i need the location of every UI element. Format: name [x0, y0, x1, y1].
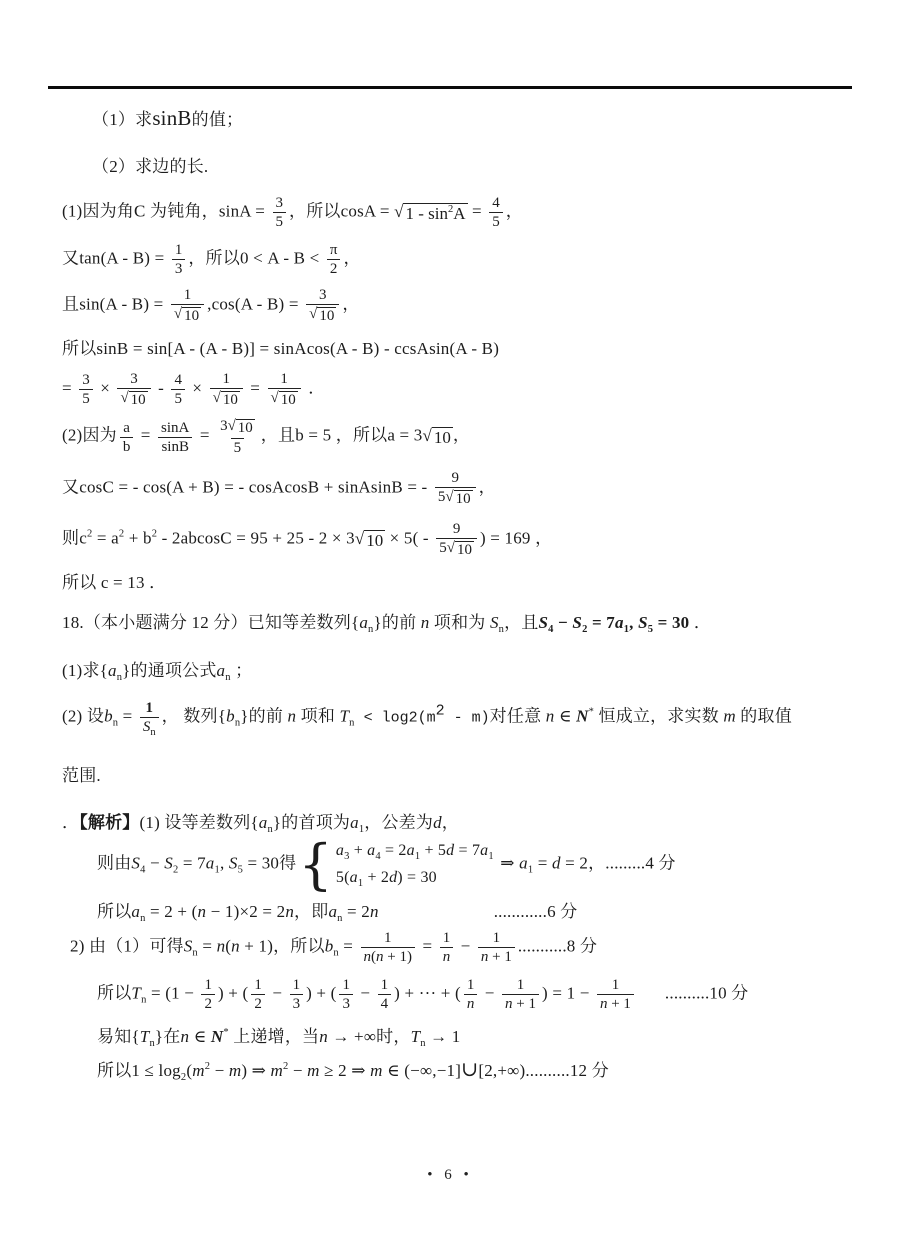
math-text: + 1	[607, 996, 630, 1012]
math-text: π	[330, 242, 338, 258]
math-text: n	[376, 949, 384, 965]
math-text: = 2 + (	[146, 902, 198, 921]
sqrt-radical: 10	[309, 307, 336, 325]
math-text: =	[339, 937, 358, 956]
fraction-numerator: π	[327, 241, 341, 259]
math-text: ，所以	[336, 426, 388, 445]
math-text: 1	[517, 977, 525, 993]
math-text: 5	[174, 391, 182, 407]
fraction: 1n	[464, 976, 478, 1013]
math-text: ，	[531, 529, 553, 548]
math-text: a	[206, 854, 215, 873]
math-text: ,	[220, 854, 229, 873]
math-text: sinB	[161, 439, 189, 455]
math-text: cosA =	[341, 202, 395, 221]
math-text: = 2	[561, 854, 588, 873]
math-text: ) + (	[306, 984, 336, 1003]
fraction: 45	[489, 194, 503, 231]
math-text: =	[246, 379, 265, 398]
math-text: ，即	[294, 902, 328, 921]
math-text: ，	[506, 202, 523, 221]
math-text: ，.........4 分	[588, 854, 676, 873]
math-text: n	[443, 949, 451, 965]
math-text: ，	[342, 295, 359, 314]
fraction-numerator: 1	[277, 370, 291, 388]
math-text: 1	[612, 977, 620, 993]
fraction: 110	[171, 286, 204, 325]
fraction-denominator: 510	[436, 538, 477, 559]
fraction-numerator: 9	[448, 469, 462, 487]
q17-solution-line-7: 又cosC = - cos(A + B) = - cosAcosB + sinA…	[62, 467, 842, 510]
math-text: ) + (	[218, 984, 248, 1003]
math-text: = 7	[588, 613, 616, 632]
fraction: 1Sn	[140, 699, 159, 736]
q17-solution-line-9: 所以 c = 13 ．	[62, 571, 842, 595]
math-text: ) = 1 −	[542, 984, 594, 1003]
math-text: ..........12 分	[525, 1061, 609, 1080]
math-text: ∪	[461, 1059, 478, 1081]
fraction-denominator: n	[440, 947, 454, 966]
math-text: a	[328, 902, 337, 921]
math-text: =	[468, 202, 487, 221]
math-text: m	[370, 1061, 382, 1080]
document-page: （1）求sinB的值；（2）求边的长.(1)因为角C 为钝角，sinA = 35…	[0, 0, 900, 1246]
math-text: −	[480, 984, 499, 1003]
math-text: (1)	[62, 661, 82, 680]
fraction-numerator: 4	[489, 194, 503, 212]
math-text: + 2	[363, 869, 389, 886]
math-text: 0 < A - B <	[240, 249, 324, 268]
math-text: c	[79, 529, 87, 548]
math-text: n	[467, 996, 475, 1012]
math-text: 1	[280, 371, 288, 387]
math-text: 10	[184, 308, 199, 324]
math-text: ≥ 2 ⇒	[320, 1061, 370, 1080]
fraction-denominator: 5	[273, 212, 287, 231]
math-text: ) = 169	[480, 529, 531, 548]
math-text: + 1)	[240, 937, 273, 956]
fraction-numerator: 1	[181, 286, 195, 304]
fraction: 9510	[436, 520, 477, 559]
math-text: a	[217, 661, 226, 680]
fraction: 35	[273, 194, 287, 231]
math-text: ， 数列	[162, 706, 218, 725]
math-text: a	[336, 842, 344, 859]
math-text: S	[638, 613, 648, 632]
math-text: a	[350, 869, 358, 886]
radicand: 10	[236, 419, 255, 437]
math-text: ∈	[189, 1027, 211, 1046]
fraction: 3105	[217, 417, 258, 456]
fraction: 1n + 1	[502, 976, 539, 1013]
math-text: 则由	[97, 854, 131, 873]
sqrt-radical: 10	[228, 419, 255, 437]
math-text: 4	[381, 996, 389, 1012]
math-text: （2）求边的长.	[92, 157, 208, 176]
fraction-denominator: n + 1	[478, 947, 515, 966]
math-text: 5	[82, 391, 90, 407]
math-text: (2)	[62, 706, 87, 725]
math-text: + 1)	[384, 949, 412, 965]
fraction-numerator: 3	[79, 371, 93, 389]
math-text: 1	[175, 242, 183, 258]
math-text: ) + ··· + (	[394, 984, 461, 1003]
math-text: 3	[293, 996, 301, 1012]
sqrt-radical: 10	[213, 391, 240, 409]
math-text: 3	[276, 195, 284, 211]
math-text: n	[370, 902, 379, 921]
q18-analysis-step-3: 2) 由（1）可得Sn = n(n + 1)，所以bn = 1n(n + 1) …	[62, 927, 842, 968]
math-text: 1	[222, 371, 230, 387]
math-text: + b	[124, 529, 151, 548]
page-number: • 6 •	[0, 1167, 900, 1184]
fraction-denominator: 5	[171, 389, 185, 408]
math-text: n	[231, 937, 240, 956]
math-text: =	[198, 937, 217, 956]
radicand: 10	[454, 490, 473, 508]
fraction-denominator: 3	[172, 259, 186, 278]
math-text: 1	[204, 977, 212, 993]
math-text: N	[576, 706, 588, 725]
math-text: 所以	[62, 339, 96, 358]
math-text: m	[192, 1061, 204, 1080]
math-text: (1)	[62, 202, 82, 221]
math-text: 则	[62, 529, 79, 548]
subscript: 1	[488, 851, 493, 862]
math-text: 1	[254, 977, 262, 993]
math-text: 上递增，当	[229, 1027, 319, 1046]
sqrt-radical: 10	[447, 541, 474, 559]
q17-sub-question-2: （2）求边的长.	[62, 155, 842, 179]
math-text: − 1)×2 = 2	[206, 902, 285, 921]
math-text: = (1 −	[147, 984, 199, 1003]
fraction-numerator: 1	[219, 370, 233, 388]
radicand: 1 - sin2A	[403, 203, 467, 224]
math-text: ．	[304, 379, 326, 398]
math-text: ) = 30	[397, 869, 437, 886]
math-text: ×	[188, 379, 207, 398]
math-text: 5	[234, 440, 242, 456]
math-text: 18.	[62, 613, 84, 632]
math-text: T	[340, 706, 350, 725]
cases-row: 5(a1 + 2d) = 30	[336, 867, 494, 889]
math-text: 的首项为	[281, 813, 350, 832]
fraction-denominator: n + 1	[502, 994, 539, 1013]
math-text: −	[288, 1061, 307, 1080]
q18-analysis-heading: ．【解析】(1) 设等差数列{an}的首项为a1，公差为d，	[62, 811, 842, 835]
sqrt-radical: 10	[355, 530, 385, 551]
math-text: ×	[96, 379, 115, 398]
sqrt-radical: 10	[445, 490, 472, 508]
math-text: ，所以	[289, 202, 341, 221]
math-text: m	[723, 706, 735, 725]
math-text: S	[572, 613, 582, 632]
q18-stem: 18.（本小题满分 12 分）已知等差数列{an}的前 n 项和为 Sn，且S4…	[62, 611, 842, 635]
math-text: =	[136, 426, 155, 445]
fraction-denominator: sinB	[158, 437, 192, 456]
math-text: ．	[689, 613, 711, 632]
math-text: 的取值	[736, 706, 792, 725]
fraction-denominator: n	[464, 994, 478, 1013]
math-text: +	[350, 842, 368, 859]
fraction-numerator: 1	[290, 976, 304, 994]
math-text: ，且	[504, 613, 538, 632]
fraction-denominator: 10	[306, 304, 339, 325]
fraction: 12	[251, 976, 265, 1013]
math-text: + 1	[513, 996, 536, 1012]
math-text: 10	[366, 531, 383, 550]
math-text: n	[180, 1027, 189, 1046]
fraction: 14	[378, 976, 392, 1013]
q17-sub-question-1: （1）求sinB的值；	[62, 104, 842, 133]
math-text: 为钝角，	[150, 202, 219, 221]
math-text: 1 ≤ log	[131, 1061, 180, 1080]
math-text: 9	[453, 521, 461, 537]
math-text: 10	[319, 308, 334, 324]
math-text: 1	[443, 930, 451, 946]
fraction-numerator: a	[120, 419, 133, 437]
math-text: 的通项公式	[131, 661, 217, 680]
math-text: a	[123, 420, 130, 436]
math-text: T	[131, 984, 141, 1003]
fraction-denominator: Sn	[140, 717, 159, 736]
fraction-numerator: 1	[609, 976, 623, 994]
math-text: 1	[384, 930, 392, 946]
radicand: 10	[182, 307, 201, 325]
math-text: 对任意	[490, 706, 546, 725]
math-text: (2)	[62, 426, 82, 445]
math-text: 10	[457, 542, 472, 558]
sqrt-radical: 10	[423, 427, 453, 448]
math-text: N	[211, 1027, 223, 1046]
math-text: m	[229, 1061, 241, 1080]
math-text: 2	[254, 996, 262, 1012]
q18-analysis-step-1: 则由S4 − S2 = 7a1, S5 = 30得a3 + a4 = 2a1 +…	[62, 839, 842, 890]
math-text: 2	[330, 261, 338, 277]
math-text: ∈	[554, 706, 576, 725]
q17-solution-line-4: 所以sinB = sin[A - (A - B)] = sinAcos(A - …	[62, 337, 842, 361]
fraction: ab	[120, 419, 134, 456]
math-text: 10	[434, 428, 451, 447]
math-text: }	[240, 706, 248, 725]
fraction-denominator: n(n + 1)	[361, 947, 415, 966]
math-text: n	[285, 902, 294, 921]
math-text: {	[218, 706, 226, 725]
math-text: 的值；	[192, 110, 244, 129]
math-text: + 1	[488, 949, 511, 965]
math-text: m	[271, 1061, 283, 1080]
math-text: T	[140, 1027, 150, 1046]
math-text: = 30	[243, 854, 279, 873]
math-text: 因为角	[82, 202, 134, 221]
math-text: 3	[82, 372, 90, 388]
math-text: {	[250, 813, 258, 832]
math-text: b	[104, 706, 113, 725]
math-text: ，公差为	[364, 813, 433, 832]
math-text: −	[356, 984, 375, 1003]
fraction-denominator: b	[120, 437, 134, 456]
math-text: ..........10 分	[665, 984, 749, 1003]
math-text: 又	[62, 477, 79, 496]
math-text: sin(A - B) =	[79, 295, 168, 314]
fraction-numerator: 1	[514, 976, 528, 994]
fraction-numerator: 3	[273, 194, 287, 212]
q18-part-2-continued: 范围.	[62, 764, 842, 788]
math-text: ∈ (−∞,−1]	[383, 1061, 461, 1080]
sqrt-radical: 10	[271, 391, 298, 409]
fraction-numerator: 1	[381, 929, 395, 947]
fraction-denominator: n + 1	[597, 994, 634, 1013]
math-text: × 5( -	[385, 529, 433, 548]
fraction: 1n(n + 1)	[361, 929, 415, 966]
fraction: 310	[306, 286, 339, 325]
math-text: 3	[130, 371, 138, 387]
math-text: 3	[220, 418, 228, 434]
math-text: （本小题满分 12 分）已知等差数列	[84, 613, 351, 632]
fraction-denominator: 10	[210, 388, 243, 409]
math-text: n	[319, 1027, 328, 1046]
cases-row: a3 + a4 = 2a1 + 5d = 7a1	[336, 840, 494, 862]
fraction-denominator: 10	[117, 388, 150, 409]
math-text: ，	[442, 813, 459, 832]
sqrt-radical: 10	[120, 391, 147, 409]
fraction-numerator: 3	[316, 286, 330, 304]
math-text: 项和为	[429, 613, 490, 632]
math-text: a	[131, 902, 140, 921]
math-text: S	[490, 613, 499, 632]
radicand: 10	[279, 391, 298, 409]
math-text: a	[407, 842, 415, 859]
math-text: ，	[479, 477, 496, 496]
math-text: a	[519, 854, 528, 873]
q17-solution-line-3: 且sin(A - B) = 110,cos(A - B) = 310，	[62, 284, 842, 327]
math-text: 5(	[336, 869, 350, 886]
math-text: cosC = - cos(A + B) = - cosAcosB + sinAs…	[79, 477, 432, 496]
fraction-numerator: 1	[201, 976, 215, 994]
math-text: }	[374, 613, 382, 632]
math-text: =	[118, 706, 137, 725]
math-text: −	[268, 984, 287, 1003]
math-text: 4	[174, 372, 182, 388]
fraction-denominator: 10	[268, 388, 301, 409]
math-text: 9	[451, 470, 459, 486]
fraction: 12	[201, 976, 215, 1013]
fraction: 110	[268, 370, 301, 409]
math-text: sinA	[161, 420, 189, 436]
math-text: 1	[467, 977, 475, 993]
math-text: A	[453, 204, 465, 223]
fraction-numerator: 310	[217, 417, 258, 437]
math-text: 1	[146, 700, 154, 716]
math-text: =	[195, 426, 214, 445]
fraction-numerator: 1	[378, 976, 392, 994]
math-text: 5	[439, 540, 447, 556]
fraction-denominator: 4	[378, 994, 392, 1013]
math-text: + 5	[420, 842, 446, 859]
math-text: -	[154, 379, 169, 398]
math-text: 的前	[249, 706, 288, 725]
q18-part-2: (2) 设bn = 1Sn， 数列{bn}的前 n 项和 Tn < log2(m…	[62, 697, 842, 738]
math-text: = 2	[381, 842, 407, 859]
fraction-denominator: 2	[327, 259, 341, 278]
math-text: 在	[163, 1027, 180, 1046]
fraction: 1n	[440, 929, 454, 966]
radicand: 10	[432, 427, 453, 448]
math-text: ............6 分	[494, 902, 578, 921]
math-text: 的前	[382, 613, 421, 632]
fraction: 1n + 1	[597, 976, 634, 1013]
fraction-denominator: 3	[339, 994, 353, 1013]
fraction: 310	[117, 370, 150, 409]
fraction-denominator: 2	[251, 994, 265, 1013]
math-text: −	[210, 1061, 229, 1080]
fraction: 9510	[435, 469, 476, 508]
math-text: 设等差数列	[164, 813, 250, 832]
math-text: ，且	[261, 426, 295, 445]
math-text: d	[433, 813, 442, 832]
math-text: < log2(m	[355, 709, 436, 726]
math-text: ．	[62, 813, 79, 832]
math-text: - m)	[445, 709, 490, 726]
math-text: 1	[381, 977, 389, 993]
math-text: n	[217, 937, 226, 956]
fraction-numerator: 1	[490, 929, 504, 947]
math-text: d	[552, 854, 561, 873]
math-text: 5	[492, 214, 500, 230]
fraction-numerator: 1	[251, 976, 265, 994]
math-text: −	[146, 854, 165, 873]
math-text: ,cos(A - B) =	[207, 295, 303, 314]
q18-analysis-step-4: 所以Tn = (1 − 12) + (12 − 13) + (13 − 14) …	[62, 974, 842, 1015]
math-text: 范围.	[62, 766, 101, 785]
fraction-denominator: 5	[231, 438, 245, 457]
math-text: a	[615, 613, 624, 632]
fraction-denominator: 510	[435, 487, 476, 508]
math-text: 由（1）可得	[89, 937, 184, 956]
math-text: =	[418, 937, 437, 956]
q18-analysis-step-2: 所以an = 2 + (n − 1)×2 = 2n，即an = 2n......…	[62, 900, 842, 924]
superscript: 2	[436, 702, 445, 719]
math-text: ，所以	[273, 937, 325, 956]
math-text: 所以	[97, 1061, 131, 1080]
math-text: ；	[231, 661, 253, 680]
math-text: ，所以	[188, 249, 240, 268]
fraction: 13	[339, 976, 353, 1013]
math-text: sinB	[152, 106, 191, 130]
math-text: 易知	[97, 1027, 131, 1046]
fraction-numerator: 1	[172, 241, 186, 259]
math-text: b = 5	[295, 426, 336, 445]
radicand: 10	[221, 391, 240, 409]
math-text: 1 - sin	[405, 204, 448, 223]
math-text: 因为	[82, 426, 116, 445]
math-text: −	[456, 937, 475, 956]
fraction-denominator: 2	[201, 994, 215, 1013]
math-text: n	[364, 949, 372, 965]
math-text: n	[288, 706, 297, 725]
math-text: （1）求	[92, 110, 152, 129]
math-text: → 1	[426, 1027, 461, 1046]
fraction-numerator: sinA	[158, 419, 192, 437]
math-text: 10	[131, 392, 146, 408]
math-text: ⇒	[496, 854, 519, 873]
math-text: c = 13	[101, 573, 145, 592]
math-text: 求	[82, 661, 99, 680]
fraction: 110	[210, 370, 243, 409]
math-text: sinB = sin[A - (A - B)] = sinAcos(A - B)…	[96, 339, 499, 358]
fraction-denominator: 5	[79, 389, 93, 408]
q17-solution-line-5: = 35 × 310 - 45 × 110 = 110 ．	[62, 368, 842, 411]
